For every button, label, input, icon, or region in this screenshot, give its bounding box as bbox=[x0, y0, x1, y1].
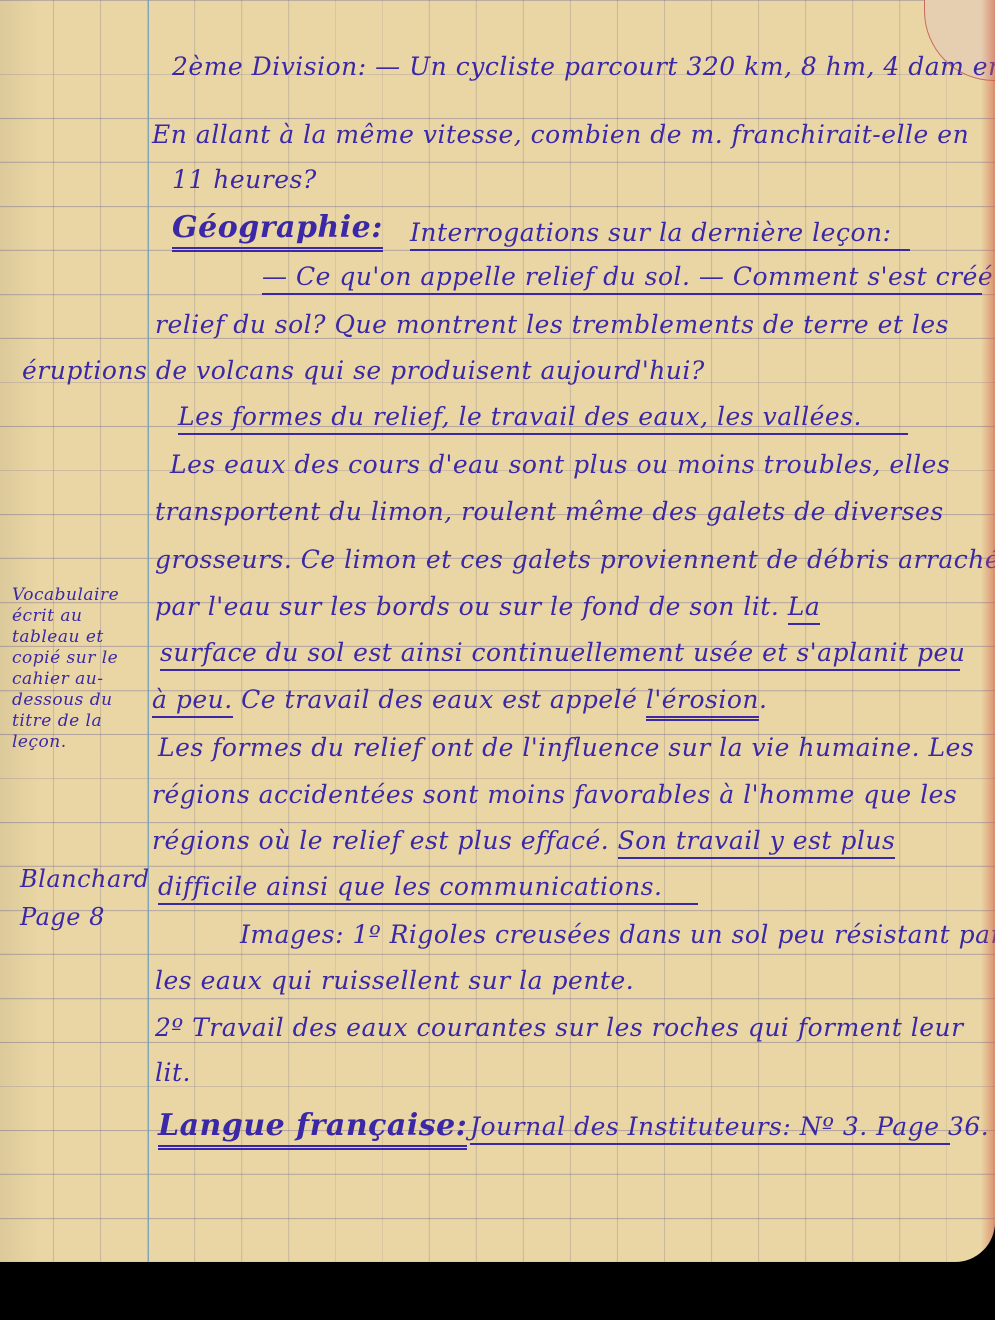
division-label: 2ème Division bbox=[172, 52, 358, 81]
lesson-line-9: régions où le relief est plus effacé. So… bbox=[152, 826, 895, 855]
images-line-1: Images: 1º Rigoles creusées dans un sol … bbox=[240, 920, 995, 949]
lesson-line-2: transportent du limon, roulent même des … bbox=[155, 497, 944, 526]
images-line-3: 2º Travail des eaux courantes sur les ro… bbox=[155, 1013, 964, 1042]
question-line-3: éruptions de volcans qui se produisent a… bbox=[22, 356, 705, 385]
lesson-title: Les formes du relief, le travail des eau… bbox=[178, 402, 908, 435]
arithmetic-line-3: 11 heures? bbox=[172, 165, 317, 194]
question-line-1: — Ce qu'on appelle relief du sol. — Comm… bbox=[262, 262, 982, 295]
lesson-line-7: Les formes du relief ont de l'influence … bbox=[158, 733, 974, 762]
lesson-line-5: surface du sol est ainsi continuellement… bbox=[160, 638, 960, 671]
langue-francaise-heading: Langue française: bbox=[158, 1108, 467, 1150]
images-line-4: lit. bbox=[155, 1058, 191, 1087]
lesson-line-8: régions accidentées sont moins favorable… bbox=[152, 780, 957, 809]
arithmetic-line-1: 2ème Division: — Un cycliste parcourt 32… bbox=[172, 52, 995, 81]
margin-line bbox=[148, 0, 149, 1262]
geographie-subheading: Interrogations sur la dernière leçon: bbox=[410, 218, 910, 251]
reference-author: Blanchard bbox=[20, 862, 150, 896]
lesson-line-1: Les eaux des cours d'eau sont plus ou mo… bbox=[170, 450, 950, 479]
images-line-2: les eaux qui ruissellent sur la pente. bbox=[155, 966, 634, 995]
lesson-line-6: à peu. Ce travail des eaux est appelé l'… bbox=[152, 685, 767, 714]
lesson-line-10: difficile ainsi que les communications. bbox=[158, 872, 698, 905]
reference-page: Page 8 bbox=[20, 900, 105, 934]
langue-francaise-reference: Journal des Instituteurs: Nº 3. Page 36. bbox=[470, 1112, 950, 1145]
lesson-line-4: par l'eau sur les bords ou sur le fond d… bbox=[155, 592, 820, 621]
arithmetic-line-2: En allant à la même vitesse, combien de … bbox=[152, 120, 969, 149]
lesson-line-3: grosseurs. Ce limon et ces galets provie… bbox=[155, 545, 995, 574]
notebook-page: 2ème Division: — Un cycliste parcourt 32… bbox=[0, 0, 995, 1262]
erosion-term: l'érosion bbox=[646, 685, 759, 721]
question-line-2: relief du sol? Que montrent les tremblem… bbox=[155, 310, 949, 339]
vocabulary-margin-note: Vocabulaire écrit au tableau et copié su… bbox=[12, 585, 147, 753]
geographie-heading: Géographie: bbox=[172, 210, 383, 252]
